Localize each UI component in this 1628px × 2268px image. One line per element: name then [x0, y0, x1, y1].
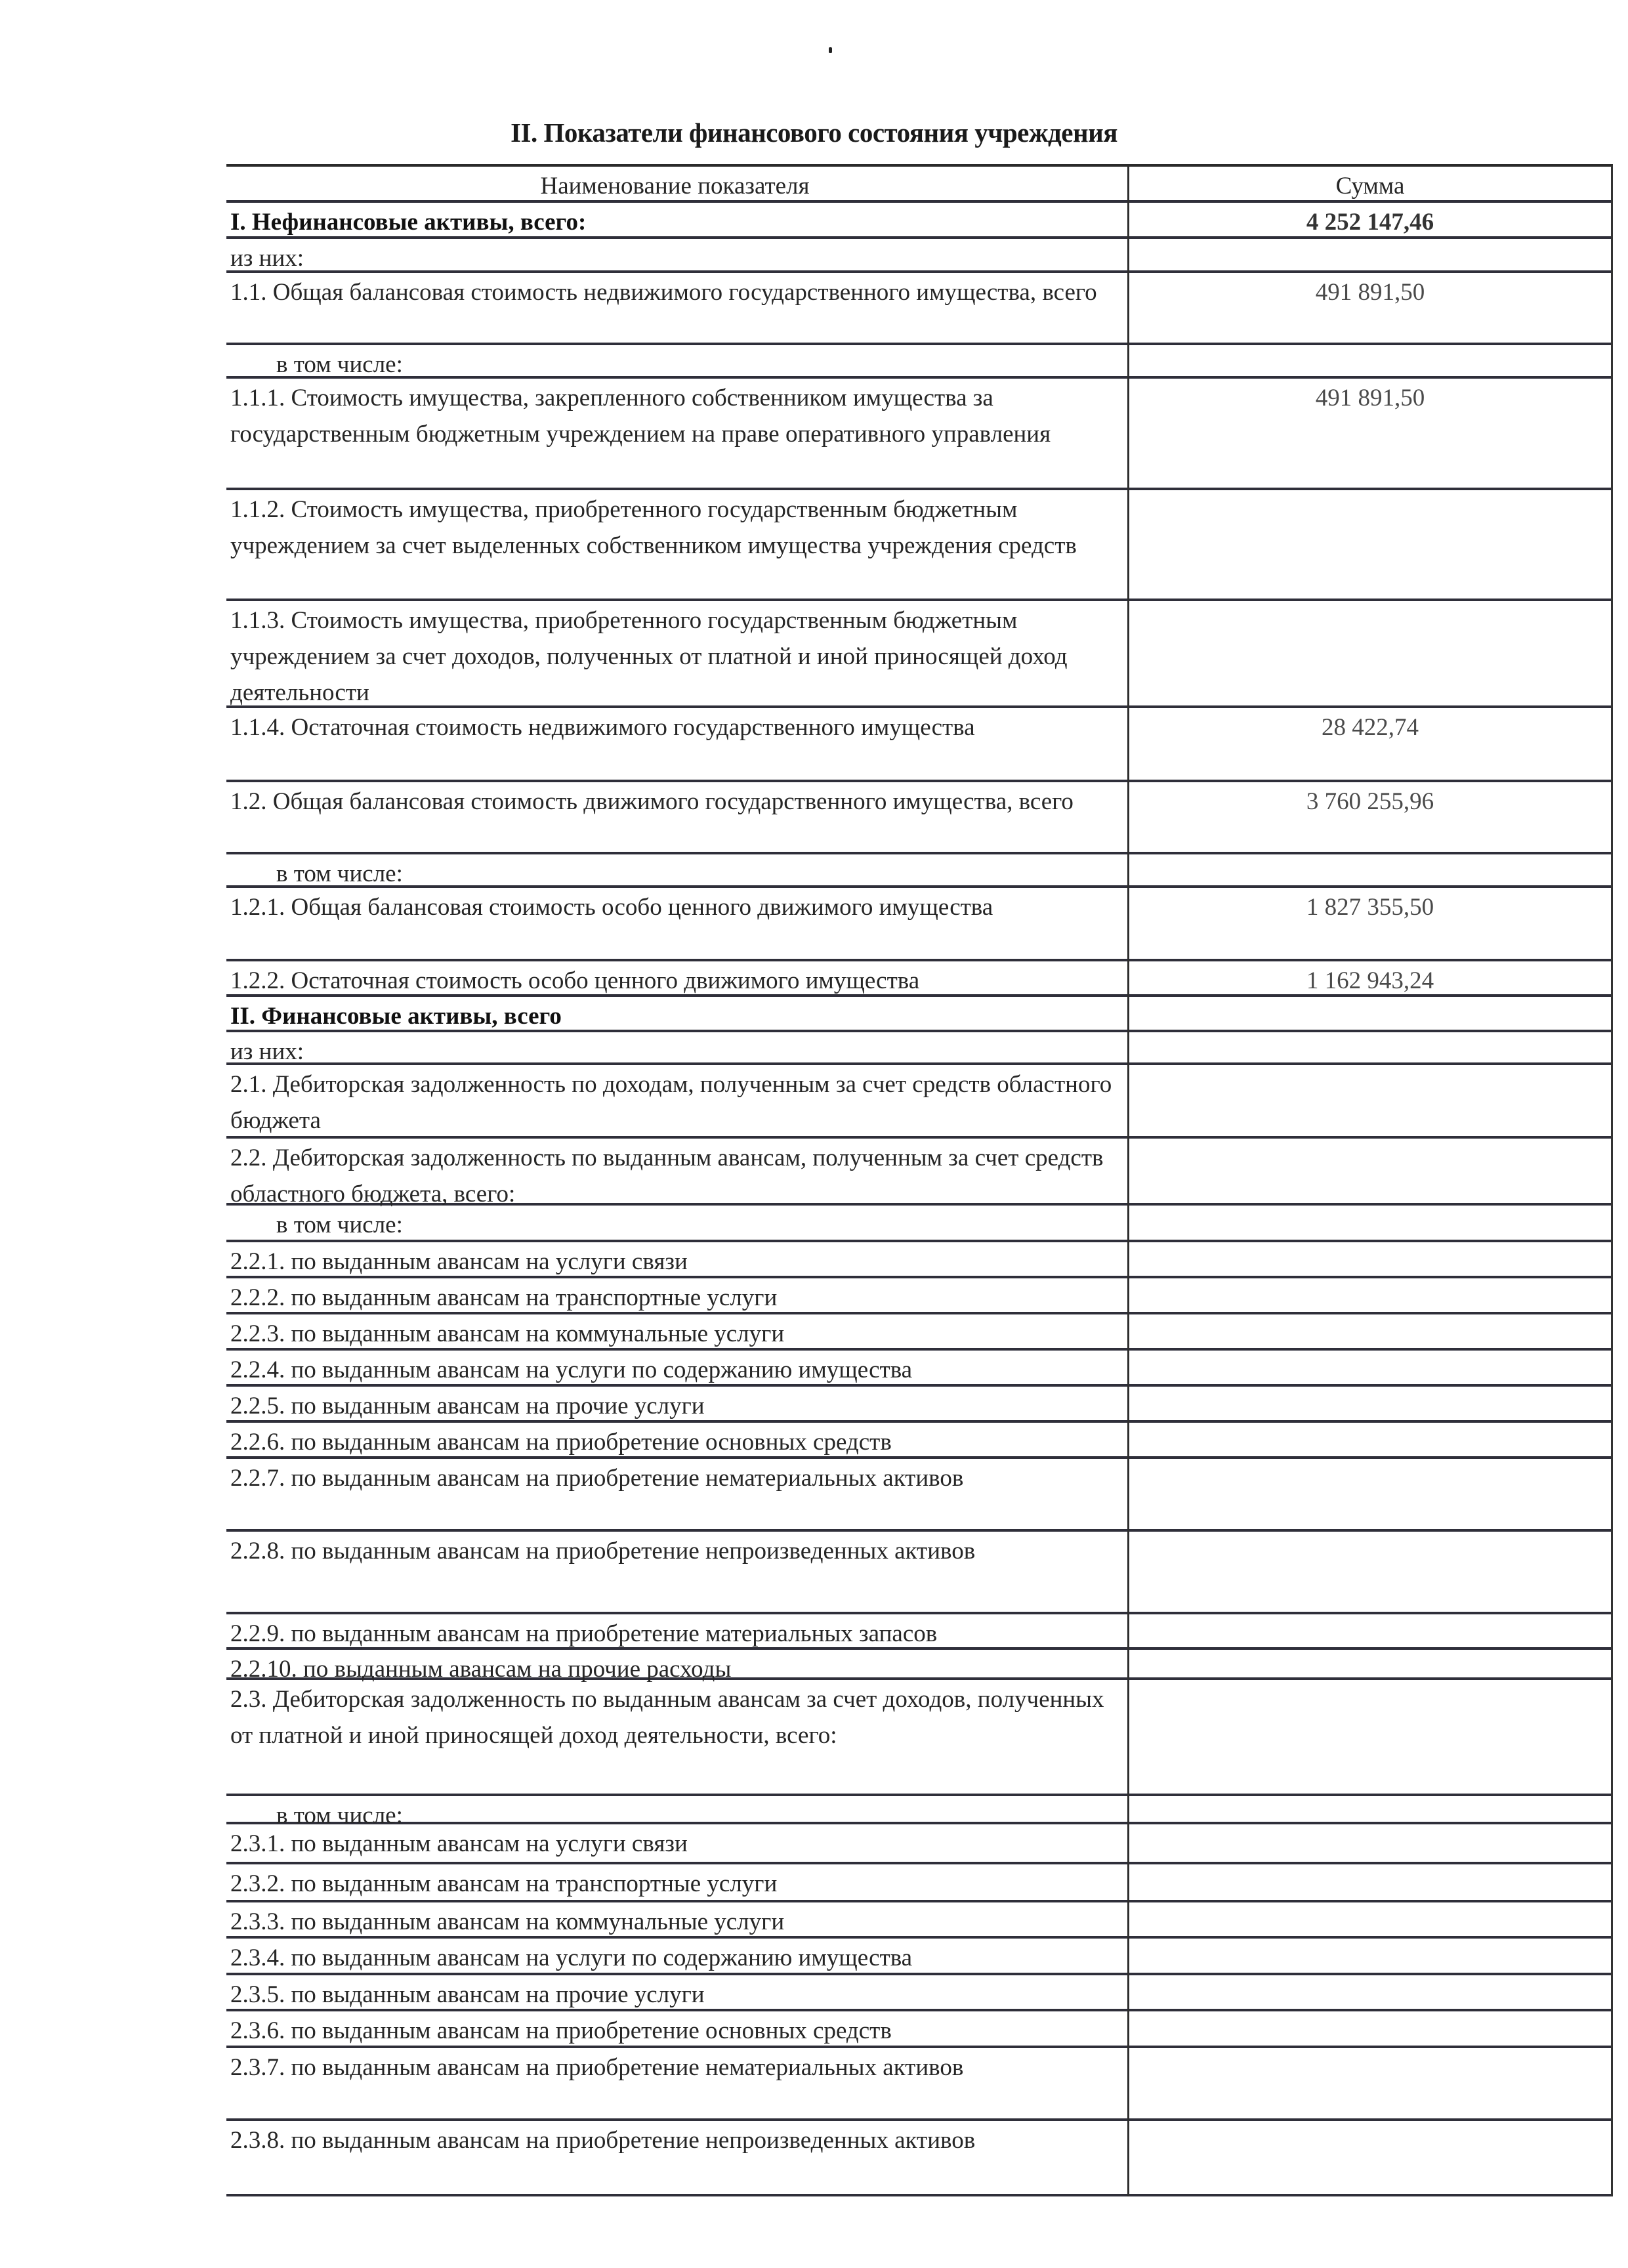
- table-row: 1.2.1. Общая балансовая стоимость особо …: [226, 888, 1611, 961]
- table-row: 1.1.1. Стоимость имущества, закрепленног…: [226, 379, 1611, 490]
- table-row: из них:: [226, 239, 1611, 273]
- indicator-name: 2.2. Дебиторская задолженность по выданн…: [230, 1140, 1119, 1212]
- table-row: в том числе:: [226, 1796, 1611, 1824]
- indicator-name: 2.3.7. по выданным авансам на приобретен…: [230, 2049, 1119, 2086]
- table-row: 1.1.3. Стоимость имущества, приобретенно…: [226, 601, 1611, 708]
- indicator-sum: 4 252 147,46: [1129, 204, 1611, 240]
- table-row: 2.2.7. по выданным авансам на приобретен…: [226, 1459, 1611, 1532]
- table-row: 2.3.4. по выданным авансам на услуги по …: [226, 1939, 1611, 1975]
- table-row: 1.1.4. Остаточная стоимость недвижимого …: [226, 708, 1611, 782]
- table-row: в том числе:: [226, 345, 1611, 379]
- indicator-name: из них:: [230, 240, 1119, 276]
- indicator-name: 2.2.5. по выданным авансам на прочие усл…: [230, 1388, 1119, 1424]
- indicator-name: 2.3.3. по выданным авансам на коммунальн…: [230, 1904, 1119, 1940]
- indicator-name: 1.1.1. Стоимость имущества, закрепленног…: [230, 380, 1119, 452]
- table-row: из них:: [226, 1032, 1611, 1065]
- table-row: 2.3.3. по выданным авансам на коммунальн…: [226, 1902, 1611, 1939]
- indicator-name: 2.2.6. по выданным авансам на приобретен…: [230, 1424, 1119, 1460]
- indicator-name: 2.3. Дебиторская задолженность по выданн…: [230, 1681, 1119, 1753]
- column-divider: [1127, 167, 1129, 2196]
- table-row: 2.2.5. по выданным авансам на прочие усл…: [226, 1387, 1611, 1423]
- indicator-name: 2.1. Дебиторская задолженность по дохода…: [230, 1066, 1119, 1139]
- indicator-name: 1.2.1. Общая балансовая стоимость особо …: [230, 889, 1119, 925]
- table-row: II. Финансовые активы, всего: [226, 997, 1611, 1032]
- financial-indicators-table: Наименование показателя Сумма I. Нефинан…: [226, 164, 1613, 2196]
- indicator-name: 2.3.5. по выданным авансам на прочие усл…: [230, 1977, 1119, 2013]
- indicator-sum: 491 891,50: [1129, 380, 1611, 416]
- page-title: II. Показатели финансового состояния учр…: [0, 117, 1628, 148]
- table-row: 2.3.5. по выданным авансам на прочие усл…: [226, 1975, 1611, 2011]
- indicator-name: II. Финансовые активы, всего: [230, 998, 1119, 1034]
- indicator-name: 2.3.8. по выданным авансам на приобретен…: [230, 2122, 1119, 2158]
- table-row: 1.1.2. Стоимость имущества, приобретенно…: [226, 490, 1611, 601]
- table-row: в том числе:: [226, 854, 1611, 888]
- indicator-sum: 491 891,50: [1129, 274, 1611, 310]
- indicator-name: 2.3.1. по выданным авансам на услуги свя…: [230, 1826, 1119, 1862]
- indicator-name: 2.2.2. по выданным авансам на транспортн…: [230, 1280, 1119, 1316]
- table-row: 1.2. Общая балансовая стоимость движимог…: [226, 782, 1611, 854]
- table-row: 2.3.1. по выданным авансам на услуги свя…: [226, 1824, 1611, 1864]
- scan-mark: [829, 47, 832, 53]
- table-row: 2.2.3. по выданным авансам на коммунальн…: [226, 1314, 1611, 1351]
- table-row: 2.3. Дебиторская задолженность по выданн…: [226, 1680, 1611, 1796]
- table-row: I. Нефинансовые активы, всего:4 252 147,…: [226, 203, 1611, 239]
- table-row: в том числе:: [226, 1206, 1611, 1242]
- indicator-sum: 1 162 943,24: [1129, 963, 1611, 999]
- indicator-name: 2.3.6. по выданным авансам на приобретен…: [230, 2013, 1119, 2049]
- table-row: 2.3.2. по выданным авансам на транспортн…: [226, 1864, 1611, 1902]
- indicator-name: 1.1.3. Стоимость имущества, приобретенно…: [230, 602, 1119, 711]
- table-row: 2.2.4. по выданным авансам на услуги по …: [226, 1351, 1611, 1387]
- indicator-name: I. Нефинансовые активы, всего:: [230, 204, 1119, 240]
- indicator-name: из них:: [230, 1034, 1119, 1070]
- table-row: 2.3.8. по выданным авансам на приобретен…: [226, 2121, 1611, 2196]
- indicator-name: в том числе:: [230, 1207, 1119, 1243]
- indicator-name: 2.2.8. по выданным авансам на приобретен…: [230, 1533, 1119, 1569]
- column-header-sum: Сумма: [1129, 168, 1611, 204]
- indicator-name: в том числе:: [230, 856, 1119, 892]
- column-header-name: Наименование показателя: [230, 168, 1119, 204]
- table-row: 1.2.2. Остаточная стоимость особо ценног…: [226, 961, 1611, 997]
- indicator-name: 2.2.9. по выданным авансам на приобретен…: [230, 1616, 1119, 1652]
- table-row: 2.2.10. по выданным авансам на прочие ра…: [226, 1650, 1611, 1680]
- table-row: 2.2. Дебиторская задолженность по выданн…: [226, 1139, 1611, 1206]
- indicator-name: 1.1.2. Стоимость имущества, приобретенно…: [230, 492, 1119, 564]
- indicator-name: 2.2.1. по выданным авансам на услуги свя…: [230, 1244, 1119, 1280]
- indicator-name: 2.2.7. по выданным авансам на приобретен…: [230, 1460, 1119, 1496]
- table-row: 2.3.6. по выданным авансам на приобретен…: [226, 2011, 1611, 2048]
- indicator-sum: 1 827 355,50: [1129, 889, 1611, 925]
- indicator-name: 2.2.4. по выданным авансам на услуги по …: [230, 1352, 1119, 1388]
- indicator-name: 1.2. Общая балансовая стоимость движимог…: [230, 784, 1119, 820]
- table-row: 2.2.2. по выданным авансам на транспортн…: [226, 1278, 1611, 1314]
- table-row: 2.1. Дебиторская задолженность по дохода…: [226, 1065, 1611, 1139]
- table-row: 2.2.9. по выданным авансам на приобретен…: [226, 1614, 1611, 1650]
- indicator-name: в том числе:: [230, 346, 1119, 383]
- table-row: 2.2.1. по выданным авансам на услуги свя…: [226, 1242, 1611, 1278]
- indicator-sum: 28 422,74: [1129, 709, 1611, 745]
- table-header-row: Наименование показателя Сумма: [226, 167, 1611, 203]
- indicator-sum: 3 760 255,96: [1129, 784, 1611, 820]
- table-row: 1.1. Общая балансовая стоимость недвижим…: [226, 273, 1611, 345]
- table-row: 2.2.8. по выданным авансам на приобретен…: [226, 1532, 1611, 1614]
- indicator-name: 1.1.4. Остаточная стоимость недвижимого …: [230, 709, 1119, 745]
- indicator-name: 1.2.2. Остаточная стоимость особо ценног…: [230, 963, 1119, 999]
- indicator-name: 1.1. Общая балансовая стоимость недвижим…: [230, 274, 1119, 310]
- indicator-name: 2.3.2. по выданным авансам на транспортн…: [230, 1866, 1119, 1902]
- table-row: 2.3.7. по выданным авансам на приобретен…: [226, 2048, 1611, 2121]
- table-row: 2.2.6. по выданным авансам на приобретен…: [226, 1423, 1611, 1459]
- indicator-name: 2.2.3. по выданным авансам на коммунальн…: [230, 1316, 1119, 1352]
- indicator-name: 2.3.4. по выданным авансам на услуги по …: [230, 1940, 1119, 1976]
